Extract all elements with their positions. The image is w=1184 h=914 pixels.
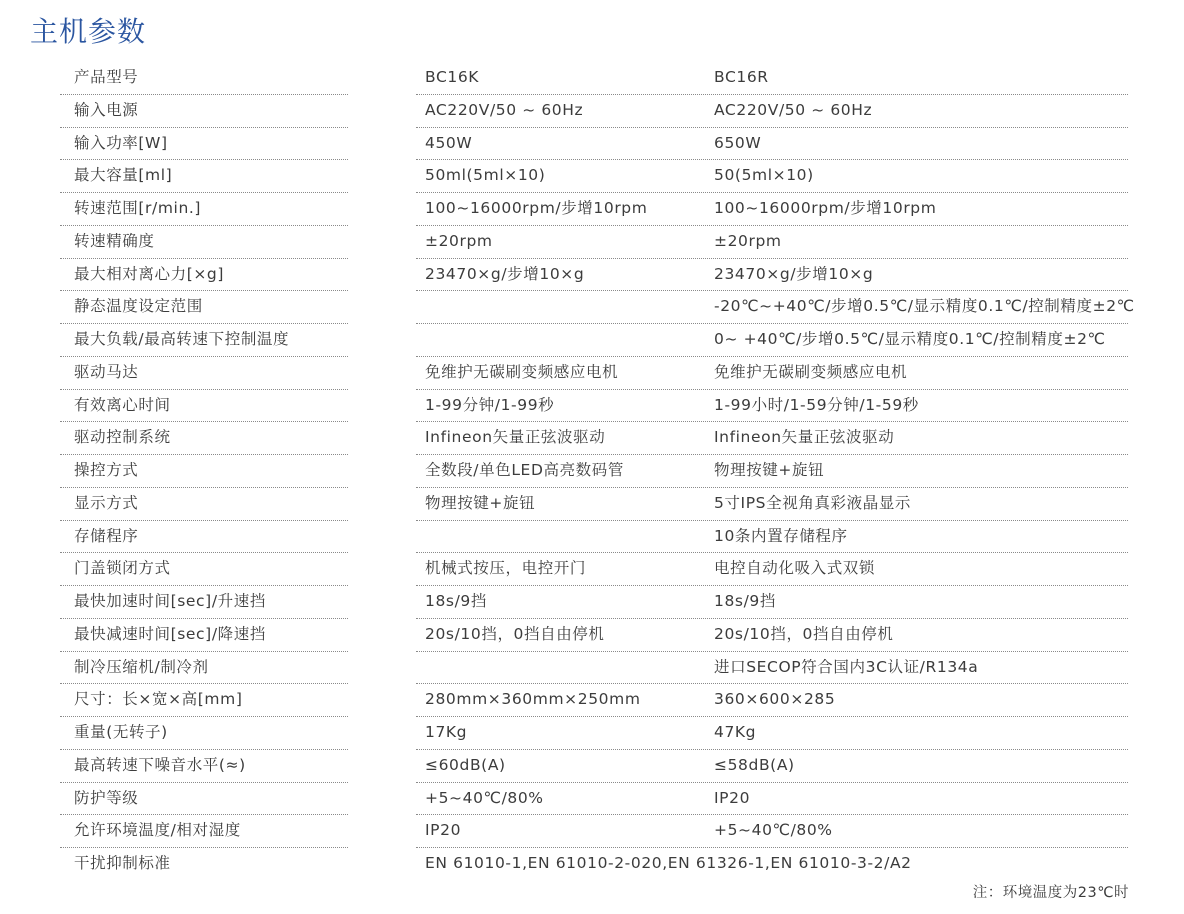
spec-value-bc16r: 5寸IPS全视角真彩液晶显示 bbox=[714, 493, 911, 513]
spec-label: 存储程序 bbox=[74, 526, 138, 546]
spec-value-bc16k: EN 61010-1,EN 61010-2-020,EN 61326-1,EN … bbox=[425, 853, 912, 873]
spec-value-bc16r: 0~ +40℃/步增0.5℃/显示精度0.1℃/控制精度±2℃ bbox=[714, 329, 1106, 349]
spec-label: 重量(无转子) bbox=[74, 722, 168, 742]
spec-label: 显示方式 bbox=[74, 493, 138, 513]
spec-label: 最大负载/最高转速下控制温度 bbox=[74, 329, 289, 349]
spec-label: 静态温度设定范围 bbox=[74, 296, 203, 316]
spec-value-bc16k: 17Kg bbox=[425, 722, 467, 742]
spec-label: 转速范围[r/min.] bbox=[74, 198, 201, 218]
page-title: 主机参数 bbox=[30, 10, 146, 50]
spec-value-bc16k: AC220V/50 ~ 60Hz bbox=[425, 100, 583, 120]
spec-label: 防护等级 bbox=[74, 788, 138, 808]
spec-row: 重量(无转子)17Kg47Kg bbox=[0, 717, 1184, 750]
spec-label: 输入电源 bbox=[74, 100, 138, 120]
spec-label: 门盖锁闭方式 bbox=[74, 558, 171, 578]
spec-value-bc16k: 机械式按压，电控开门 bbox=[425, 558, 586, 578]
spec-row: 转速精确度±20rpm±20rpm bbox=[0, 226, 1184, 259]
spec-row: 最高转速下噪音水平(≈)≤60dB(A)≤58dB(A) bbox=[0, 750, 1184, 783]
spec-value-bc16k: 100~16000rpm/步增10rpm bbox=[425, 198, 647, 218]
spec-row: 转速范围[r/min.]100~16000rpm/步增10rpm100~1600… bbox=[0, 193, 1184, 226]
spec-label: 产品型号 bbox=[74, 67, 138, 87]
spec-value-bc16r: AC220V/50 ~ 60Hz bbox=[714, 100, 872, 120]
spec-label: 最大容量[ml] bbox=[74, 165, 172, 185]
spec-row: 存储程序10条内置存储程序 bbox=[0, 521, 1184, 554]
spec-row: 最大容量[ml]50ml(5ml×10)50(5ml×10) bbox=[0, 160, 1184, 193]
spec-value-bc16k: BC16K bbox=[425, 67, 479, 87]
spec-label: 驱动控制系统 bbox=[74, 427, 171, 447]
spec-value-bc16k: +5~40℃/80% bbox=[425, 788, 544, 808]
spec-row: 产品型号BC16KBC16R bbox=[0, 62, 1184, 95]
spec-value-bc16r: 进口SECOP符合国内3C认证/R134a bbox=[714, 657, 978, 677]
spec-row: 最大负载/最高转速下控制温度0~ +40℃/步增0.5℃/显示精度0.1℃/控制… bbox=[0, 324, 1184, 357]
spec-value-bc16r: 免维护无碳刷变频感应电机 bbox=[714, 362, 907, 382]
spec-value-bc16r: 20s/10挡，0挡自由停机 bbox=[714, 624, 894, 644]
spec-row: 防护等级+5~40℃/80%IP20 bbox=[0, 783, 1184, 816]
spec-table: 产品型号BC16KBC16R输入电源AC220V/50 ~ 60HzAC220V… bbox=[0, 62, 1184, 881]
spec-row: 最大相对离心力[×g]23470×g/步增10×g23470×g/步增10×g bbox=[0, 259, 1184, 292]
spec-row: 最快加速时间[sec]/升速挡18s/9挡18s/9挡 bbox=[0, 586, 1184, 619]
spec-value-bc16k: 1-99分钟/1-99秒 bbox=[425, 395, 554, 415]
spec-value-bc16r: 10条内置存储程序 bbox=[714, 526, 848, 546]
spec-value-bc16r: 100~16000rpm/步增10rpm bbox=[714, 198, 936, 218]
spec-label: 最高转速下噪音水平(≈) bbox=[74, 755, 246, 775]
spec-label: 干扰抑制标准 bbox=[74, 853, 171, 873]
spec-value-bc16r: Infineon矢量正弦波驱动 bbox=[714, 427, 894, 447]
spec-label: 操控方式 bbox=[74, 460, 138, 480]
spec-value-bc16r: 47Kg bbox=[714, 722, 756, 742]
spec-row: 最快减速时间[sec]/降速挡20s/10挡，0挡自由停机20s/10挡，0挡自… bbox=[0, 619, 1184, 652]
spec-value-bc16k: 18s/9挡 bbox=[425, 591, 487, 611]
spec-value-bc16r: 50(5ml×10) bbox=[714, 165, 814, 185]
spec-label: 驱动马达 bbox=[74, 362, 138, 382]
spec-value-bc16k: 50ml(5ml×10) bbox=[425, 165, 545, 185]
spec-value-bc16k: Infineon矢量正弦波驱动 bbox=[425, 427, 605, 447]
spec-label: 最快减速时间[sec]/降速挡 bbox=[74, 624, 266, 644]
spec-value-bc16r: 650W bbox=[714, 133, 761, 153]
spec-row: 输入功率[W]450W650W bbox=[0, 128, 1184, 161]
spec-value-bc16r: 物理按键+旋钮 bbox=[714, 460, 824, 480]
spec-row: 驱动马达免维护无碳刷变频感应电机免维护无碳刷变频感应电机 bbox=[0, 357, 1184, 390]
spec-value-bc16k: 免维护无碳刷变频感应电机 bbox=[425, 362, 618, 382]
spec-label: 最大相对离心力[×g] bbox=[74, 264, 224, 284]
spec-value-bc16r: 电控自动化吸入式双锁 bbox=[714, 558, 875, 578]
spec-value-bc16r: ±20rpm bbox=[714, 231, 782, 251]
spec-row: 允许环境温度/相对湿度IP20+5~40℃/80% bbox=[0, 815, 1184, 848]
spec-label: 有效离心时间 bbox=[74, 395, 171, 415]
spec-value-bc16r: ≤58dB(A) bbox=[714, 755, 795, 775]
spec-label: 输入功率[W] bbox=[74, 133, 168, 153]
spec-value-bc16k: 23470×g/步增10×g bbox=[425, 264, 584, 284]
spec-label: 制冷压缩机/制冷剂 bbox=[74, 657, 209, 677]
spec-row: 有效离心时间1-99分钟/1-99秒1-99小时/1-59分钟/1-59秒 bbox=[0, 390, 1184, 423]
spec-row: 尺寸：长×宽×高[mm]280mm×360mm×250mm360×600×285 bbox=[0, 684, 1184, 717]
spec-value-bc16r: IP20 bbox=[714, 788, 750, 808]
spec-value-bc16r: 18s/9挡 bbox=[714, 591, 776, 611]
spec-label: 允许环境温度/相对湿度 bbox=[74, 820, 241, 840]
spec-value-bc16r: 1-99小时/1-59分钟/1-59秒 bbox=[714, 395, 919, 415]
spec-row: 制冷压缩机/制冷剂进口SECOP符合国内3C认证/R134a bbox=[0, 652, 1184, 685]
spec-value-bc16r: +5~40℃/80% bbox=[714, 820, 833, 840]
spec-row: 操控方式全数段/单色LED高亮数码管物理按键+旋钮 bbox=[0, 455, 1184, 488]
spec-value-bc16k: 20s/10挡，0挡自由停机 bbox=[425, 624, 605, 644]
spec-value-bc16k: 280mm×360mm×250mm bbox=[425, 689, 641, 709]
spec-row: 干扰抑制标准EN 61010-1,EN 61010-2-020,EN 61326… bbox=[0, 848, 1184, 881]
spec-label: 转速精确度 bbox=[74, 231, 155, 251]
spec-value-bc16r: -20℃~+40℃/步增0.5℃/显示精度0.1℃/控制精度±2℃ bbox=[714, 296, 1135, 316]
spec-value-bc16k: ±20rpm bbox=[425, 231, 493, 251]
spec-label: 尺寸：长×宽×高[mm] bbox=[74, 689, 242, 709]
spec-row: 静态温度设定范围-20℃~+40℃/步增0.5℃/显示精度0.1℃/控制精度±2… bbox=[0, 291, 1184, 324]
spec-row: 输入电源AC220V/50 ~ 60HzAC220V/50 ~ 60Hz bbox=[0, 95, 1184, 128]
spec-value-bc16r: 23470×g/步增10×g bbox=[714, 264, 873, 284]
spec-value-bc16r: 360×600×285 bbox=[714, 689, 835, 709]
spec-value-bc16k: 全数段/单色LED高亮数码管 bbox=[425, 460, 624, 480]
spec-value-bc16k: 物理按键+旋钮 bbox=[425, 493, 535, 513]
spec-value-bc16r: BC16R bbox=[714, 67, 769, 87]
spec-value-bc16k: 450W bbox=[425, 133, 472, 153]
spec-row: 驱动控制系统Infineon矢量正弦波驱动Infineon矢量正弦波驱动 bbox=[0, 422, 1184, 455]
spec-row: 显示方式物理按键+旋钮5寸IPS全视角真彩液晶显示 bbox=[0, 488, 1184, 521]
spec-label: 最快加速时间[sec]/升速挡 bbox=[74, 591, 266, 611]
footnote: 注：环境温度为23℃时 bbox=[973, 881, 1129, 902]
spec-row: 门盖锁闭方式机械式按压，电控开门电控自动化吸入式双锁 bbox=[0, 553, 1184, 586]
spec-value-bc16k: ≤60dB(A) bbox=[425, 755, 506, 775]
spec-value-bc16k: IP20 bbox=[425, 820, 461, 840]
